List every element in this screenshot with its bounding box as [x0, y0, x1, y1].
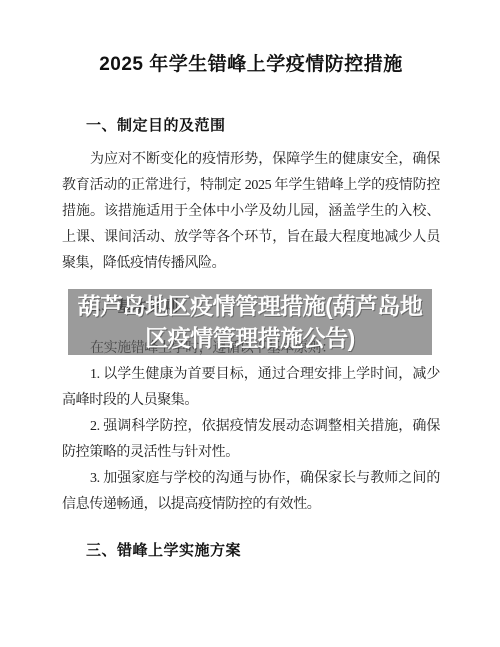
principle-item-2: 2. 强调科学防控，依据疫情发展动态调整相关措施，确保防控策略的灵活性与针对性。: [62, 414, 440, 466]
principle-item-3: 3. 加强家庭与学校的沟通与协作，确保家长与教师之间的信息传递畅通，以提高疫情防…: [62, 466, 440, 518]
watermark-overlay-text: 葫芦岛地区疫情管理措施(葫芦岛地区疫情管理措施公告): [68, 290, 432, 354]
watermark-overlay: 葫芦岛地区疫情管理措施(葫芦岛地区疫情管理措施公告): [68, 289, 432, 355]
paragraph-purpose: 为应对不断变化的疫情形势，保障学生的健康安全，确保教育活动的正常进行，特制定 2…: [62, 147, 440, 277]
section-heading-implementation: 三、错峰上学实施方案: [62, 540, 440, 561]
section-heading-purpose: 一、制定目的及范围: [62, 115, 440, 136]
doc-title: 2025 年学生错峰上学疫情防控措施: [62, 52, 440, 78]
document-page: 2025 年学生错峰上学疫情防控措施 一、制定目的及范围 为应对不断变化的疫情形…: [0, 0, 500, 561]
principle-item-1: 1. 以学生健康为首要目标，通过合理安排上学时间，减少高峰时段的人员聚集。: [62, 362, 440, 414]
